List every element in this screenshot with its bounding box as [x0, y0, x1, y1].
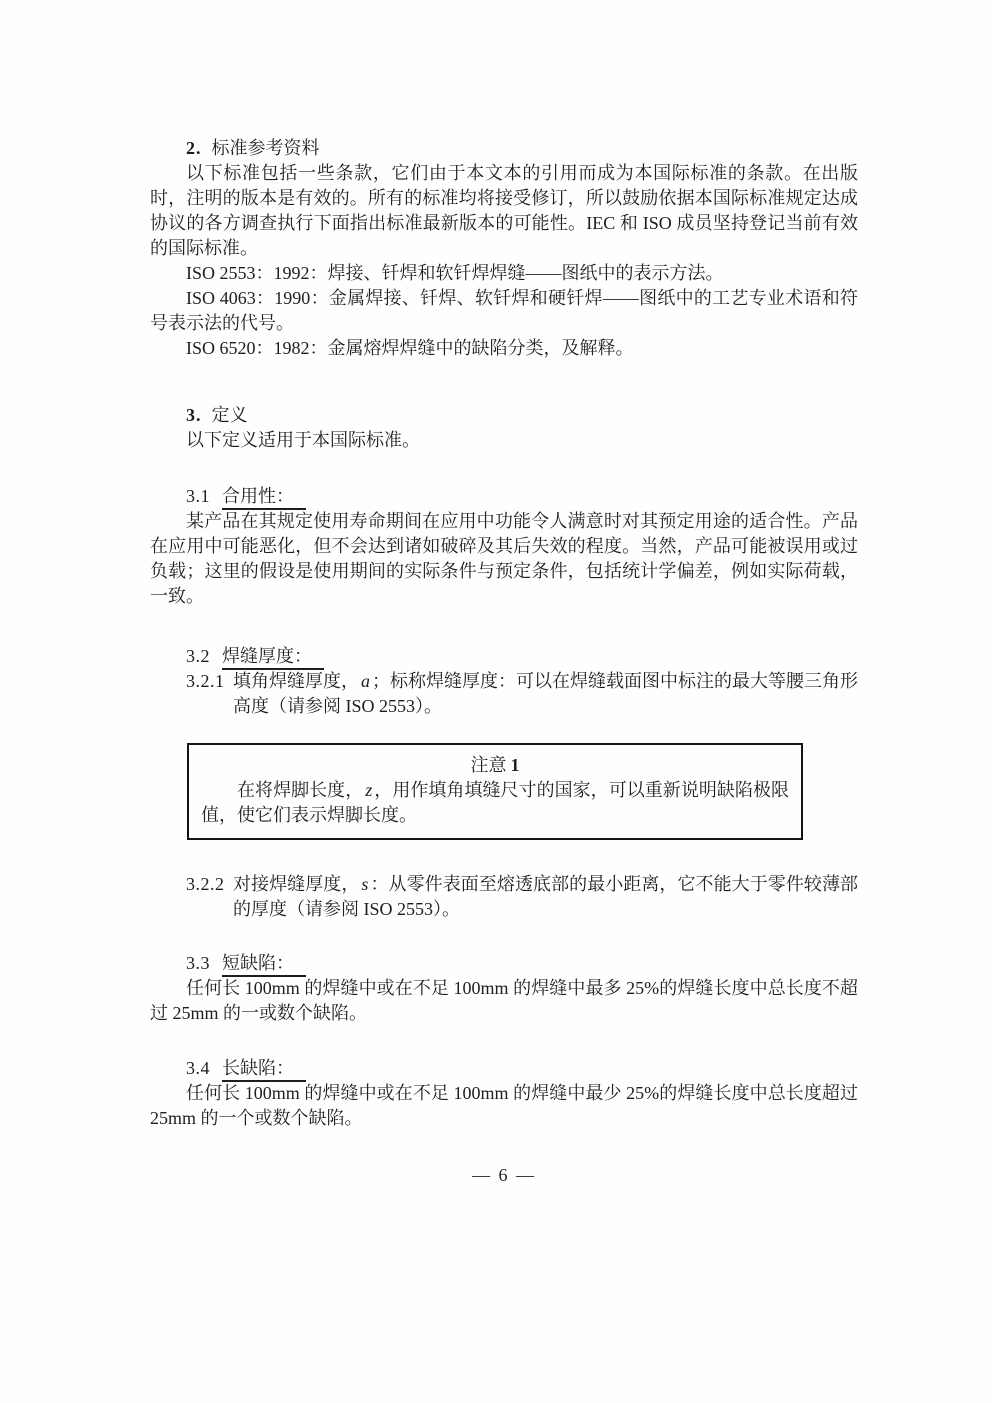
section-3-4-number: 3.4 [186, 1056, 222, 1081]
section-3-1-paragraph: 某产品在其规定使用寿命期间在应用中功能令人满意时对其预定用途的适合性。产品在应用… [150, 509, 858, 609]
section-3-2-2-item: 3.2.2对接焊缝厚度，s：从零件表面至熔透底部的最小距离，它不能大于零件较薄部… [150, 872, 858, 922]
section-2-heading: 2.标准参考资料 [186, 136, 858, 161]
section-3-title: 定义 [212, 405, 248, 425]
symbol-s: s [359, 874, 370, 894]
reference-iso-4063: ISO 4063：1990：金属焊接、钎焊、软钎焊和硬钎焊——图纸中的工艺专业术… [150, 286, 858, 336]
reference-iso-2553: ISO 2553：1992：焊接、钎焊和软钎焊焊缝——图纸中的表示方法。 [150, 261, 858, 286]
symbol-a: a [359, 671, 372, 691]
page-number: — 6 — [150, 1163, 858, 1188]
note-1-title: 注意1 [201, 753, 789, 778]
section-2-title: 标准参考资料 [212, 138, 320, 158]
note-1-box: 注意1 在将焊脚长度，z，用作填角填缝尺寸的国家，可以重新说明缺陷极限值，使它们… [187, 743, 803, 840]
section-3-3-number: 3.3 [186, 951, 222, 976]
section-3-3-title: 短缺陷： [222, 953, 306, 977]
section-3-2-heading: 3.2焊缝厚度： [186, 644, 858, 669]
section-3-4-title: 长缺陷： [222, 1058, 306, 1082]
section-3-2-1-text-pre: 填角焊缝厚度， [233, 671, 359, 691]
section-3-2-title: 焊缝厚度： [222, 646, 324, 670]
section-3-1-title: 合用性： [222, 486, 306, 510]
section-3-2-1-number: 3.2.1 [186, 669, 225, 694]
section-2-paragraph: 以下标准包括一些条款，它们由于本文本的引用而成为本国际标准的条款。在出版时，注明… [150, 161, 858, 261]
section-3-1-number: 3.1 [186, 484, 222, 509]
page-content: 2.标准参考资料 以下标准包括一些条款，它们由于本文本的引用而成为本国际标准的条… [150, 136, 858, 1188]
section-3-4-heading: 3.4长缺陷： [186, 1056, 858, 1081]
reference-iso-6520: ISO 6520：1982：金属熔焊焊缝中的缺陷分类，及解释。 [150, 336, 858, 361]
section-3-4-paragraph: 任何长 100mm 的焊缝中或在不足 100mm 的焊缝中最少 25%的焊缝长度… [150, 1081, 858, 1131]
section-3-2-1-item: 3.2.1填角焊缝厚度，a；标称焊缝厚度：可以在焊缝载面图中标注的最大等腰三角形… [150, 669, 858, 719]
note-1-label-number: 1 [511, 755, 520, 775]
section-3-2-2-text-pre: 对接焊缝厚度， [233, 874, 359, 894]
symbol-z: z [363, 780, 374, 800]
section-3-3-paragraph: 任何长 100mm 的焊缝中或在不足 100mm 的焊缝中最多 25%的焊缝长度… [150, 976, 858, 1026]
section-2-number: 2. [186, 138, 202, 158]
document-page: 2.标准参考资料 以下标准包括一些条款，它们由于本文本的引用而成为本国际标准的条… [0, 0, 992, 1403]
note-1-label: 注意 [471, 755, 507, 775]
section-3-intro: 以下定义适用于本国际标准。 [150, 428, 858, 453]
note-1-body: 在将焊脚长度，z，用作填角填缝尺寸的国家，可以重新说明缺陷极限值，使它们表示焊脚… [201, 778, 789, 828]
section-3-number: 3. [186, 405, 202, 425]
note-1-body-pre: 在将焊脚长度， [237, 780, 363, 800]
section-3-2-number: 3.2 [186, 644, 222, 669]
section-3-heading: 3.定义 [186, 403, 858, 428]
section-3-2-2-number: 3.2.2 [186, 872, 225, 897]
section-3-1-heading: 3.1合用性： [186, 484, 858, 509]
section-3-3-heading: 3.3短缺陷： [186, 951, 858, 976]
